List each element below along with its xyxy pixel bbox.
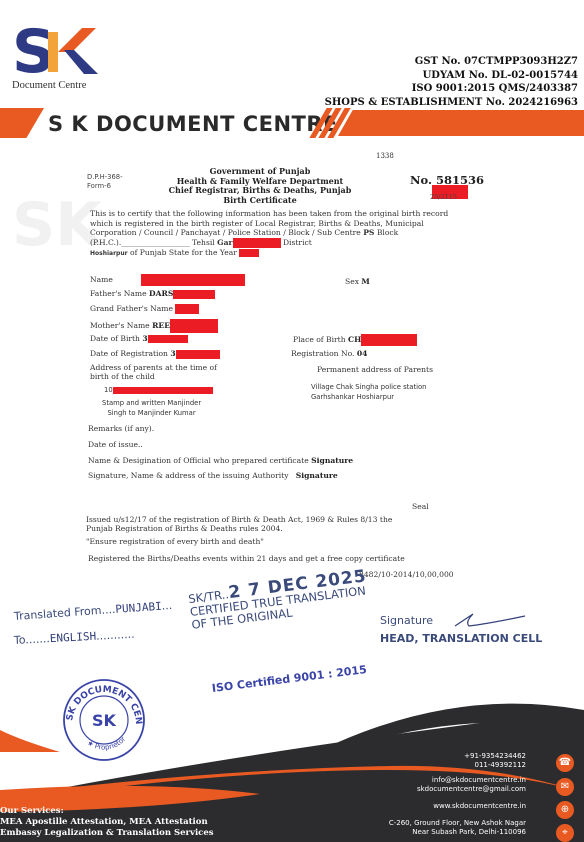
globe-icon: ⊕	[556, 801, 574, 819]
seal-label: Seal	[412, 502, 429, 511]
field-place-of-birth: Place of Birth CH	[293, 334, 417, 346]
phone-number-landline[interactable]: 011-49392112	[389, 761, 526, 770]
udyam-number: UDYAM No. DL-02-0015744	[325, 69, 578, 83]
field-permanent-address-label: Permanent address of Parents	[317, 365, 433, 374]
gst-number: GST No. 07CTMPP3093H2Z7	[325, 55, 578, 69]
services-title: Our Services:	[0, 806, 214, 817]
mail-icon: ✉	[556, 778, 574, 796]
government-heading: Government of Punjab Health & Family Wel…	[140, 167, 380, 205]
translation-stamp: Translated From....PUNJABI... To.......E…	[0, 590, 584, 660]
certification-statement: This is to certify that the following in…	[90, 209, 450, 258]
address-at-birth-value: 10	[104, 385, 213, 395]
field-remarks: Remarks (if any).	[88, 424, 154, 433]
title-banner: S K DOCUMENT CENTRE	[0, 108, 584, 138]
banner-accent-left	[0, 108, 44, 138]
field-issuing-authority: Signature, Name & address of the issuing…	[88, 471, 338, 480]
translated-to: To.......ENGLISH...........	[14, 628, 135, 647]
iso-number: ISO 9001:2015 QMS/2403387	[325, 82, 578, 96]
field-address-at-birth: Address of parents at the time of birth …	[90, 363, 225, 381]
field-name: Name	[90, 274, 245, 286]
field-date-of-birth: Date of Birth 3	[90, 334, 188, 343]
phone-number-mobile[interactable]: +91-9354234462	[389, 752, 526, 761]
location-icon: ⌖	[556, 824, 574, 842]
field-registration-number: Registration No. 04	[291, 349, 367, 358]
email-info[interactable]: info@skdocumentcentre.in	[389, 776, 526, 785]
address-note: Stamp and written Manjinder Singh to Man…	[102, 398, 201, 418]
advice-text: Registered the Births/Deaths events with…	[88, 554, 405, 563]
print-code: 8482/10-2014/10,00,000	[359, 570, 454, 579]
shop-establishment-number: SHOPS & ESTABLISHMENT No. 2024216963	[325, 96, 578, 110]
address-line-1: C-260, Ground Floor, New Ashok Nagar	[389, 819, 526, 828]
logo-subtitle: Document Centre	[12, 80, 86, 91]
certificate-sub-number: 25/2115	[430, 193, 457, 201]
translation-signature: Signature HEAD, TRANSLATION CELL	[380, 612, 542, 648]
field-date-of-issue: Date of issue..	[88, 440, 143, 449]
signature-scribble-icon	[437, 612, 527, 630]
field-sex: Sex M	[345, 277, 370, 286]
banner-accent-right	[338, 110, 584, 136]
field-mother-name: Mother's Name REE	[90, 319, 218, 333]
footer-services: Our Services: MEA Apostille Attestation,…	[0, 806, 214, 839]
field-official: Name & Desigination of Official who prep…	[88, 456, 353, 465]
website-link[interactable]: www.skdocumentcentre.in	[389, 802, 526, 811]
permanent-address-value: Village Chak Singha police station Garhs…	[311, 382, 426, 402]
email-gmail[interactable]: skdocumentcentre@gmail.com	[389, 785, 526, 794]
service-item: Embassy Legalization & Translation Servi…	[0, 828, 214, 839]
address-line-2: Near Subash Park, Delhi-110096	[389, 828, 526, 837]
sk-logo-mark-icon: S	[12, 22, 102, 78]
phone-icon: ☎	[556, 754, 574, 772]
field-grandfather-name: Grand Father's Name	[90, 304, 199, 314]
field-father-name: Father's Name DARS	[90, 289, 215, 299]
birth-certificate: SK 1338 D.P.H-368- Form-6 Government of …	[0, 145, 584, 585]
service-item: MEA Apostille Attestation, MEA Attestati…	[0, 817, 214, 828]
svg-text:S: S	[12, 22, 51, 78]
serial-number: 1338	[376, 152, 394, 160]
field-date-of-registration: Date of Registration 3	[90, 349, 220, 359]
registration-numbers: GST No. 07CTMPP3093H2Z7 UDYAM No. DL-02-…	[325, 55, 578, 109]
act-reference: Issued u/s12/17 of the registration of B…	[86, 515, 392, 533]
banner-title: S K DOCUMENT CENTRE	[48, 112, 338, 136]
footer-contacts: +91-9354234462 011-49392112 info@skdocum…	[389, 752, 526, 837]
slogan: "Ensure registration of every birth and …	[86, 537, 264, 546]
sk-logo: S Document Centre	[12, 22, 102, 92]
form-code: D.P.H-368- Form-6	[87, 173, 123, 191]
watermark-logo: SK	[12, 190, 102, 260]
translated-from: Translated From....PUNJABI...	[14, 599, 173, 623]
